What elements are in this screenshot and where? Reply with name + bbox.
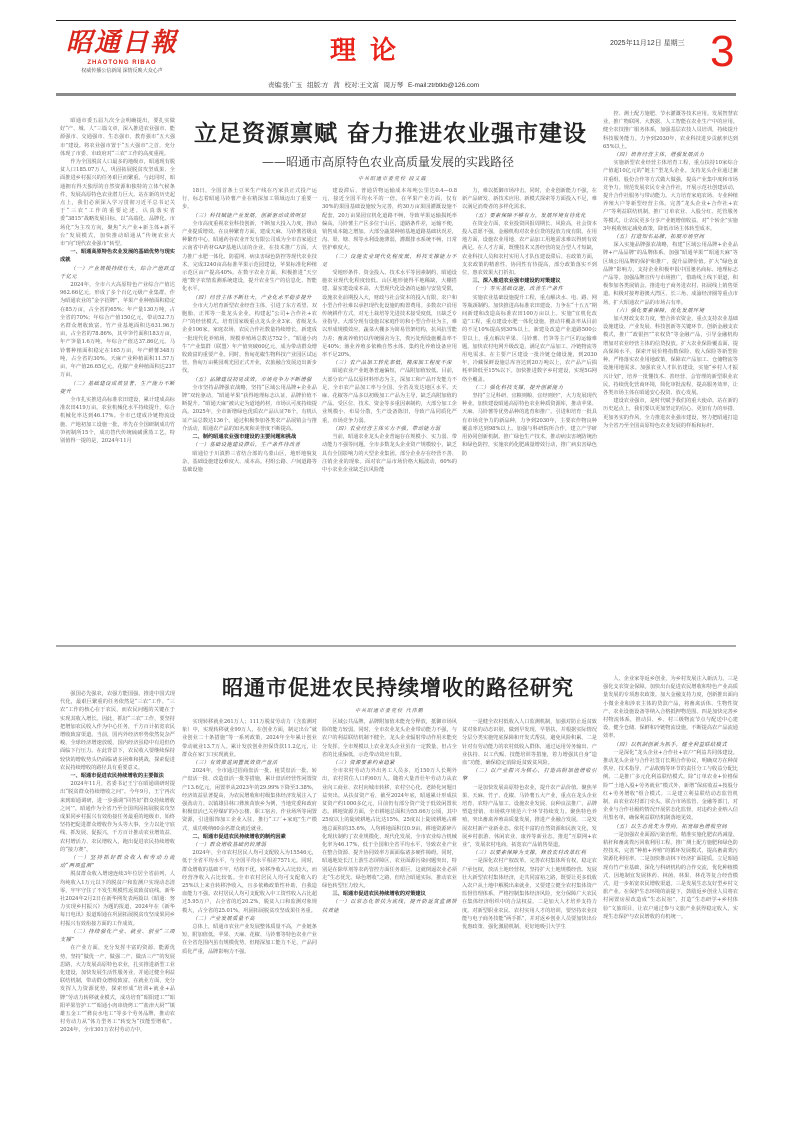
paragraph: 2024年，全市通过招商盘活一批、租赁盘活一批、转产盘活一批、改造盘活一批等措施…	[182, 767, 317, 833]
paragraph: 作为全国脱贫人口最多的地级市，昭通现有脱贫人口185.07万人，巩固拓展脱贫攻坚…	[60, 158, 175, 248]
paragraph: 脱贫群众收入增速连续3年位居全省前列，人均纯收入1万元以下的脱贫户和监测户实现动…	[60, 870, 175, 927]
paragraph: 建设农业强市，是时代赋予我们的重大使命。站在新的历史起点上，我们要以更加坚定的信…	[603, 397, 738, 430]
paragraph: 加大财政支农力度，整合涉农资金，重点支持农业基础设施建设、产业发展、科技创新等关…	[603, 315, 738, 397]
paragraph: 一是加快发展高原特色农业，提升农产品价值。聚焦苹果、天麻、竹子、花椒、马铃薯五大…	[462, 784, 597, 850]
paragraph: 全市扎实推进高标准农田建设，累计建成高标准农田419万亩。农业机械化水平持续提升…	[60, 396, 175, 445]
paragraph: 力，难以抵御市场冲击。同时，企业创新能力不强，在新产品研发、新技术应用、新模式探…	[462, 187, 597, 212]
paragraph: 一是深化“龙头企业+合作社+农户”利益共同体建设。推动龙头企业与合作社签订长期合…	[603, 749, 738, 823]
paragraph: 2024年11月，省委书记王宁在昭通调研时提出“脱贫群众持续增收之问”。今年9月…	[60, 780, 175, 854]
subsection-heading: （五）品牌建设初见成效，市场竞争力不断增强	[182, 376, 317, 384]
section-heading: 二、昭通市促进农民持续增收的制约因素	[182, 833, 317, 841]
subsection-heading: （一）产业规模持续壮大，综合产值跃过千亿元	[60, 265, 175, 281]
subsection-heading: （一）群众增收基础仍较薄弱	[182, 841, 317, 849]
paragraph: 一是健全农村低收入人口监测机制，加强对防止返贫致贫对象的动态识别，做到早发现、早…	[462, 718, 597, 767]
subsection-heading: （五）要素保障不够有力，发展环境有待优化	[462, 212, 597, 220]
subsection-heading: （五）打造知名品牌，拓展市场空间	[603, 233, 738, 241]
article2-column-1: 强国必先强农，农强方能国强。推进中国式现代化，最艰巨繁重的任务依然是“三农”工作…	[60, 690, 175, 1120]
newspaper-logo: 昭通日報	[62, 28, 182, 58]
subsection-heading: （二）基础建设成效显著，生产能力不断提升	[60, 380, 175, 396]
subsection-heading: （四）培育经营主体，增强发展活力	[603, 151, 738, 159]
article1-column-3: 建设滞后，普通货物运输成本每吨公里达0.4—0.8元，接近全国平均水平的一倍。在…	[322, 187, 457, 617]
article1-subheadline: ——昭通市高原特色农业高质量发展的实践路径	[262, 153, 514, 170]
subsection-heading: （一）基础设施建设滞后，生产条件待改善	[182, 441, 317, 449]
editorial-credits: 责编:张广玉 组版:方 茜 校对:王文富 周万琴 E-mail:ztrbtkb@…	[268, 80, 479, 89]
article1-column-5: 控、测土配方施肥、节水灌溉等技术应用。发展智慧农业，推广物联网、大数据、人工智能…	[603, 110, 738, 620]
section-heading: 三、昭通市促进农民持续增收的对策建议	[322, 890, 457, 898]
section-heading: 三、深入推进农业强市建设的对策建议	[462, 277, 597, 285]
paragraph: 实现转移就业261万人；111万脱贫劳动力（含监测对象）中，实现转移就业99万人…	[182, 718, 317, 759]
section-heading: 一、昭通市促进农民持续增收的主要做法	[60, 772, 175, 780]
paragraph: 受地形条件、资金投入、技术水平等因素制约，昭通设施农业现代化程度较低。山区地形使…	[322, 269, 457, 359]
article1-column-4: 力，难以抵御市场冲击。同时，企业创新能力不强，在新产品研发、新技术应用、新模式探…	[462, 187, 597, 617]
paragraph: 强国必先强农，农强方能国强。推进中国式现代化，最艰巨繁重的任务依然是“三农”工作…	[60, 690, 175, 772]
article1-column-1: 昭通市委五届九次全会明确提出，要扎实做好“产、城、人”三篇文章，深入推进农业强市…	[60, 117, 175, 617]
paragraph: 在资金方面，农业投资回报周期长、风险高，社会资本投入意愿不强，金融机构对农业信贷…	[462, 220, 597, 277]
paragraph: 人、企业家等返乡创业，为乡村发展注入新活力。三是强化支农资金保障。加快出台促进农…	[603, 675, 738, 741]
subsection-heading: （三）以要素保障为支撑，释放农村改革红利	[462, 849, 597, 857]
paragraph: 18日，全国首条土豆米生产线在巧家县正式投产运行，标志着昭通马铃薯产业在精深加工…	[182, 187, 317, 212]
article1-headline: 立足资源禀赋 奋力推进农业强市建设	[194, 115, 587, 148]
paragraph: 2024年，全市农村居民人均可支配收入为15546元，低于全省平均水平，与全国平…	[182, 849, 317, 915]
article1-byline: 中共昭通市委党校 段文霞	[358, 175, 427, 182]
article2-byline: 中共昭通市委党校 代伟鹏	[355, 707, 424, 714]
masthead: 昭通日報 ZHAOTONG RIBAO 权威传播公信新闻 深情反映大众心声	[62, 28, 182, 74]
header-divider	[56, 93, 736, 96]
subsection-heading: （二）设施农业现代化程度低，科技支撑能力不足	[322, 253, 457, 269]
subsection-heading: （一）夯实基础设施，改善生产条件	[462, 285, 597, 293]
paragraph: 控、测土配方施肥、节水灌溉等技术应用。发展智慧农业，推广物联网、大数据、人工智能…	[603, 110, 738, 151]
paragraph: 全市大力培育新型农业经营主体，引进了东方希望、双胞胎、正邦等一批龙头企业，构建起…	[182, 302, 317, 376]
issue-date: 2025年11月12日 星期三	[610, 38, 685, 48]
article2-column-2: 实现转移就业261万人；111万脱贫劳动力（含监测对象）中，实现转移就业99万人…	[182, 718, 317, 1118]
subsection-heading: （五）以生态优先为导向，拓宽绿色增收空间	[603, 823, 738, 831]
paragraph: 一是深化农村产权改革。完善农村集体所有权，稳定农户承包权，放活土地经营权，坚持扩…	[462, 857, 597, 931]
subsection-heading: （一）以常态化帮扶为底线，提升防返贫监测帮扶效能	[322, 898, 457, 914]
subsection-heading: （二）产业发展质量不高	[182, 915, 317, 923]
paragraph: 深入实施品牌强农战略，构建“区域公用品牌+企业品牌+产品品牌”的品牌体系。加强“…	[603, 241, 738, 307]
top-rule	[56, 20, 736, 21]
paragraph: 2024年，全市六大高原特色产业综合产值达962.66亿元，形成了多个百亿元级产…	[60, 281, 175, 379]
subsection-heading: （一）坚持抓好群众收入和劳动力流动“两项监测”	[60, 854, 175, 870]
paragraph: 实施新型农业经营主体培育工程，重点扶持10家综合产值超10亿元的“链主”型龙头企…	[603, 159, 738, 233]
newspaper-slogan: 权威传播公信新闻 深情反映大众心声	[62, 67, 182, 74]
paragraph: 昭通农业产业链条普遍偏短，产品附加值较低。目前，大部分农产品以原材料形态为主，深…	[322, 367, 457, 424]
subsection-heading: （六）强化要素保障，优化发展环境	[603, 307, 738, 315]
subsection-heading: （四）以机制创新为抓手，健全利益联结模式	[603, 741, 738, 749]
subsection-heading: （三）农产品加工转化率低，精深加工程度不深	[322, 359, 457, 367]
article2-headline: 昭通市促进农民持续增收的路径研究	[222, 672, 574, 702]
paragraph: 当前，昭通农业龙头企业普遍存在规模小、实力弱、带动能力不强等问题。全市多数龙头企…	[322, 433, 457, 474]
paragraph: 昭通位于川滇黔三省结合部的乌蒙山区，地形地貌复杂，基础设施建设难度大、成本高。村…	[182, 450, 317, 475]
article2-column-4: 一是健全农村低收入人口监测机制，加强对防止返贫致贫对象的动态识别，做到早发现、早…	[462, 718, 597, 1118]
article-divider	[56, 645, 736, 647]
paragraph: 区域公共品牌，品牌附加值未能充分释放，抵御市场风险的能力较弱。同时，全市农业龙头…	[322, 718, 457, 759]
section-title: 理论	[330, 30, 410, 67]
paragraph: 建设滞后，普通货物运输成本每吨公里达0.4—0.8元，接近全国平均水平的一倍。在…	[322, 187, 457, 253]
subsection-heading: （三）有效推进闲置低效资产盘活	[182, 759, 317, 767]
subsection-heading: （四）农业经营主体实力不强，带动能力弱	[322, 425, 457, 433]
article2-column-3: 区域公共品牌，品牌附加值未能充分释放，抵御市场风险的能力较弱。同时，全市农业龙头…	[322, 718, 457, 1118]
article1-column-2: 18日，全国首条土豆米生产线在巧家县正式投产运行，标志着昭通马铃薯产业在精深加工…	[182, 187, 317, 617]
section-heading: 一、昭通高原特色农业发展的基础优势与现实成就	[60, 248, 175, 264]
article2-column-5: 人、企业家等返乡创业，为乡村发展注入新活力。三是强化支农资金保障。加快出台促进农…	[603, 675, 738, 1115]
paragraph: 全市坚持品牌强农战略，坚持“区域公用品牌+企业品牌”双轮驱动，“昭通苹果”获得地…	[182, 384, 317, 433]
paragraph: 总体上，昭通市农业产业发展整体质量不高，产业链条短，附加值低。苹果、天麻、花椒、…	[182, 923, 317, 956]
paragraph: 一是加强农业面源污染治理。精准实施化肥农药减量、秸秆和畜禽粪污回收利用工程。推广…	[603, 831, 738, 921]
subsection-heading: （二）持续强化产业、就业、创业“三项支撑”	[60, 928, 175, 944]
paragraph: 坚持“立足科研、宜粮则粮、宜经则经”，大力发展现代种业。加快建设昭通高原特色农业…	[462, 392, 597, 458]
paragraph: 在产业方面，充分发挥丰富的资源、能源优势，坚持“做优一产、做强二产、做活三产”的…	[60, 944, 175, 1034]
subsection-heading: （四）经营主体不断壮大，产业化水平稳步提升	[182, 294, 317, 302]
page-number: 3	[710, 30, 734, 74]
subsection-heading: （二）强化科技支撑，提升创新能力	[462, 384, 597, 392]
subsection-heading: （二）以产业振兴为核心，打造高附加值增收引擎	[462, 767, 597, 783]
section-heading: 二、制约昭通农业强市建设的主要问题和挑战	[182, 433, 317, 441]
paragraph: 实施农业基础设施提升工程，重点解决水、电、路、网等瓶颈制约。加快推进高标准农田建…	[462, 294, 597, 384]
subsection-heading: （三）资源要素约束趋紧	[322, 759, 457, 767]
paragraph: 全市农村劳动力外出务工人员多，近150万人长期外出，农村常住人口约60万人。随着…	[322, 767, 457, 890]
newspaper-pinyin: ZHAOTONG RIBAO	[62, 60, 182, 66]
subsection-heading: （三）科技赋能产业发展，创新驱动成效明显	[182, 212, 317, 220]
paragraph: 全市高度重视农业科技创新，不断加大投入力度，推动产业提质增效。在良种繁育方面，建…	[182, 220, 317, 294]
paragraph: 昭通市委五届九次全会明确提出，要扎实做好“产、城、人”三篇文章，深入推进农业强市…	[60, 117, 175, 158]
